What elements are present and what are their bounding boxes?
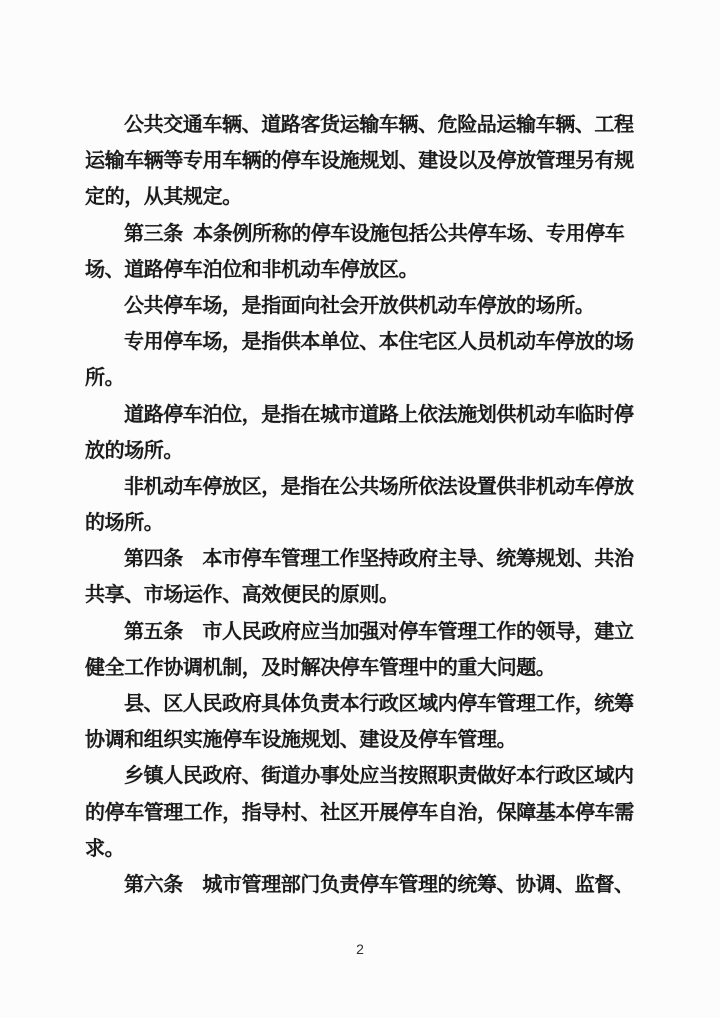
text-line: 第三条 本条例所称的停车设施包括公共停车场、专用停车 (85, 216, 639, 252)
text-line: 定的，从其规定。 (85, 179, 639, 215)
text-line: 所。 (85, 360, 639, 396)
page-number: 2 (0, 940, 720, 958)
text-line: 公共停车场，是指面向社会开放供机动车停放的场所。 (85, 288, 639, 324)
text-line: 专用停车场，是指供本单位、本住宅区人员机动车停放的场 (85, 324, 639, 360)
document-body: 公共交通车辆、道路客货运输车辆、危险品运输车辆、工程运输车辆等专用车辆的停车设施… (85, 107, 639, 903)
text-line: 协调和组织实施停车设施规划、建设及停车管理。 (85, 722, 639, 758)
document-page: 公共交通车辆、道路客货运输车辆、危险品运输车辆、工程运输车辆等专用车辆的停车设施… (0, 0, 720, 1018)
text-line: 第六条 城市管理部门负责停车管理的统筹、协调、监督、 (85, 867, 639, 903)
text-line: 场、道路停车泊位和非机动车停放区。 (85, 252, 639, 288)
text-line: 运输车辆等专用车辆的停车设施规划、建设以及停放管理另有规 (85, 143, 639, 179)
text-line: 第四条 本市停车管理工作坚持政府主导、统筹规划、共治 (85, 541, 639, 577)
text-line: 道路停车泊位，是指在城市道路上依法施划供机动车临时停 (85, 397, 639, 433)
text-line: 非机动车停放区，是指在公共场所依法设置供非机动车停放 (85, 469, 639, 505)
text-line: 公共交通车辆、道路客货运输车辆、危险品运输车辆、工程 (85, 107, 639, 143)
text-line: 县、区人民政府具体负责本行政区域内停车管理工作，统筹 (85, 686, 639, 722)
text-line: 共享、市场运作、高效便民的原则。 (85, 577, 639, 613)
text-line: 求。 (85, 831, 639, 867)
text-line: 乡镇人民政府、街道办事处应当按照职责做好本行政区域内 (85, 758, 639, 794)
text-line: 的停车管理工作，指导村、社区开展停车自治，保障基本停车需 (85, 795, 639, 831)
text-line: 第五条 市人民政府应当加强对停车管理工作的领导，建立 (85, 614, 639, 650)
text-line: 健全工作协调机制，及时解决停车管理中的重大问题。 (85, 650, 639, 686)
text-line: 的场所。 (85, 505, 639, 541)
text-line: 放的场所。 (85, 433, 639, 469)
